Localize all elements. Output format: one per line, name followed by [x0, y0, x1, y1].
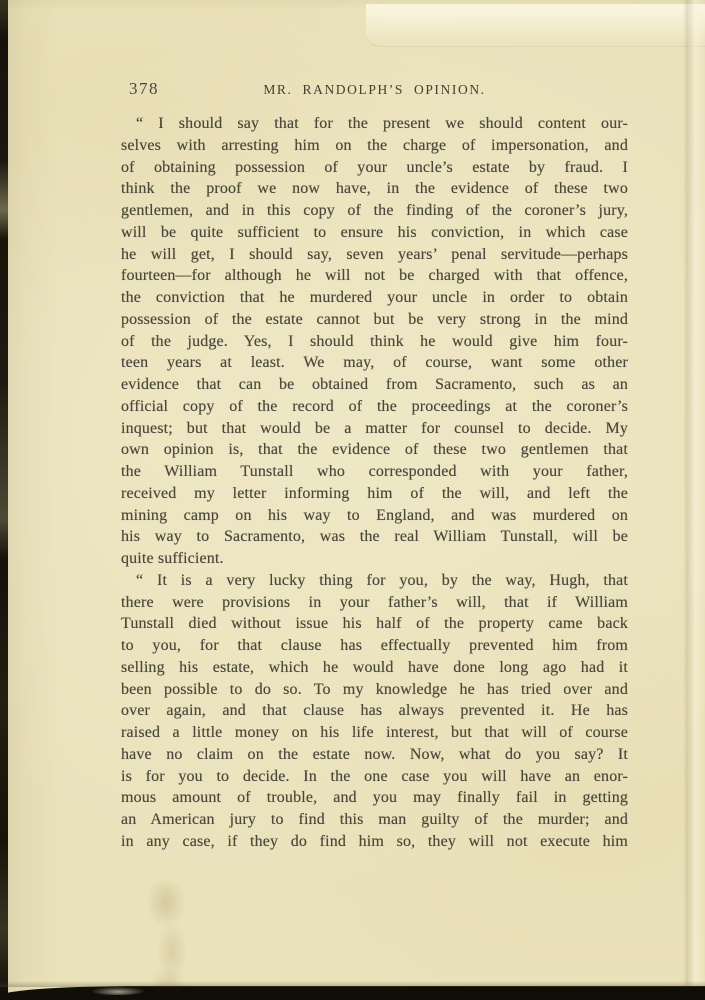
text-line: evidence that can be obtained from Sacra…: [121, 374, 628, 396]
text-line: received my letter informing him of the …: [121, 483, 628, 505]
text-line: the William Tunstall who corresponded wi…: [121, 461, 628, 483]
text-line: mous amount of trouble, and you may fina…: [121, 787, 628, 809]
text-line: possession of the estate cannot but be v…: [121, 309, 628, 331]
bottom-edge-page-sliver: [92, 987, 144, 995]
text-line: selling his estate, which he would have …: [121, 657, 628, 679]
text-line: have no claim on the estate now. Now, wh…: [121, 744, 628, 766]
text-line: official copy of the record of the proce…: [121, 396, 628, 418]
text-line: the conviction that he murdered your unc…: [121, 287, 628, 309]
text-line: fourteen—for although he will not be cha…: [121, 265, 628, 287]
text-line: his way to Sacramento, was the real Will…: [121, 526, 628, 548]
running-header: MR. RANDOLPH’S OPINION.: [121, 82, 628, 98]
text-line: an American jury to find this man guilty…: [121, 809, 628, 831]
text-line: of obtaining possession of your uncle’s …: [121, 157, 628, 179]
text-line: “ It is a very lucky thing for you, by t…: [121, 570, 628, 592]
text-line: own opinion is, that the evidence of the…: [121, 439, 628, 461]
text-line: Tunstall died without issue his half of …: [121, 613, 628, 635]
bottom-page-edge: [0, 986, 705, 1000]
text-line: selves with arresting him on the charge …: [121, 135, 628, 157]
scanned-book-page: 378 MR. RANDOLPH’S OPINION. “ I should s…: [0, 0, 705, 1000]
text-line: over again, and that clause has always p…: [121, 700, 628, 722]
text-line: to you, for that clause has effectually …: [121, 635, 628, 657]
right-page-crease: [683, 0, 705, 986]
text-line: he will get, I should say, seven years’ …: [121, 244, 628, 266]
text-line: “ I should say that for the present we s…: [121, 113, 628, 135]
text-line: inquest; but that would be a matter for …: [121, 418, 628, 440]
text-line: will be quite sufficient to ensure his c…: [121, 222, 628, 244]
text-line: mining camp on his way to England, and w…: [121, 505, 628, 527]
text-line: been possible to do so. To my knowledge …: [121, 679, 628, 701]
page-body: “ I should say that for the present we s…: [121, 113, 628, 853]
text-line: is for you to decide. In the one case yo…: [121, 766, 628, 788]
text-line: of the judge. Yes, I should think he wou…: [121, 331, 628, 353]
book-binding-edge: [0, 0, 8, 1000]
stain-mark: [108, 882, 208, 994]
text-line: quite sufficient.: [121, 548, 628, 570]
text-line: in any case, if they do find him so, the…: [121, 831, 628, 853]
text-line: there were provisions in your father’s w…: [121, 592, 628, 614]
text-line: teen years at least. We may, of course, …: [121, 352, 628, 374]
text-line: think the proof we now have, in the evid…: [121, 178, 628, 200]
paragraph: “ I should say that for the present we s…: [121, 113, 628, 570]
paragraph: “ It is a very lucky thing for you, by t…: [121, 570, 628, 853]
text-line: raised a little money on his life intere…: [121, 722, 628, 744]
bottom-edge-shadow: [0, 981, 705, 987]
text-line: gentlemen, and in this copy of the findi…: [121, 200, 628, 222]
page-stack-edge: [366, 4, 705, 47]
